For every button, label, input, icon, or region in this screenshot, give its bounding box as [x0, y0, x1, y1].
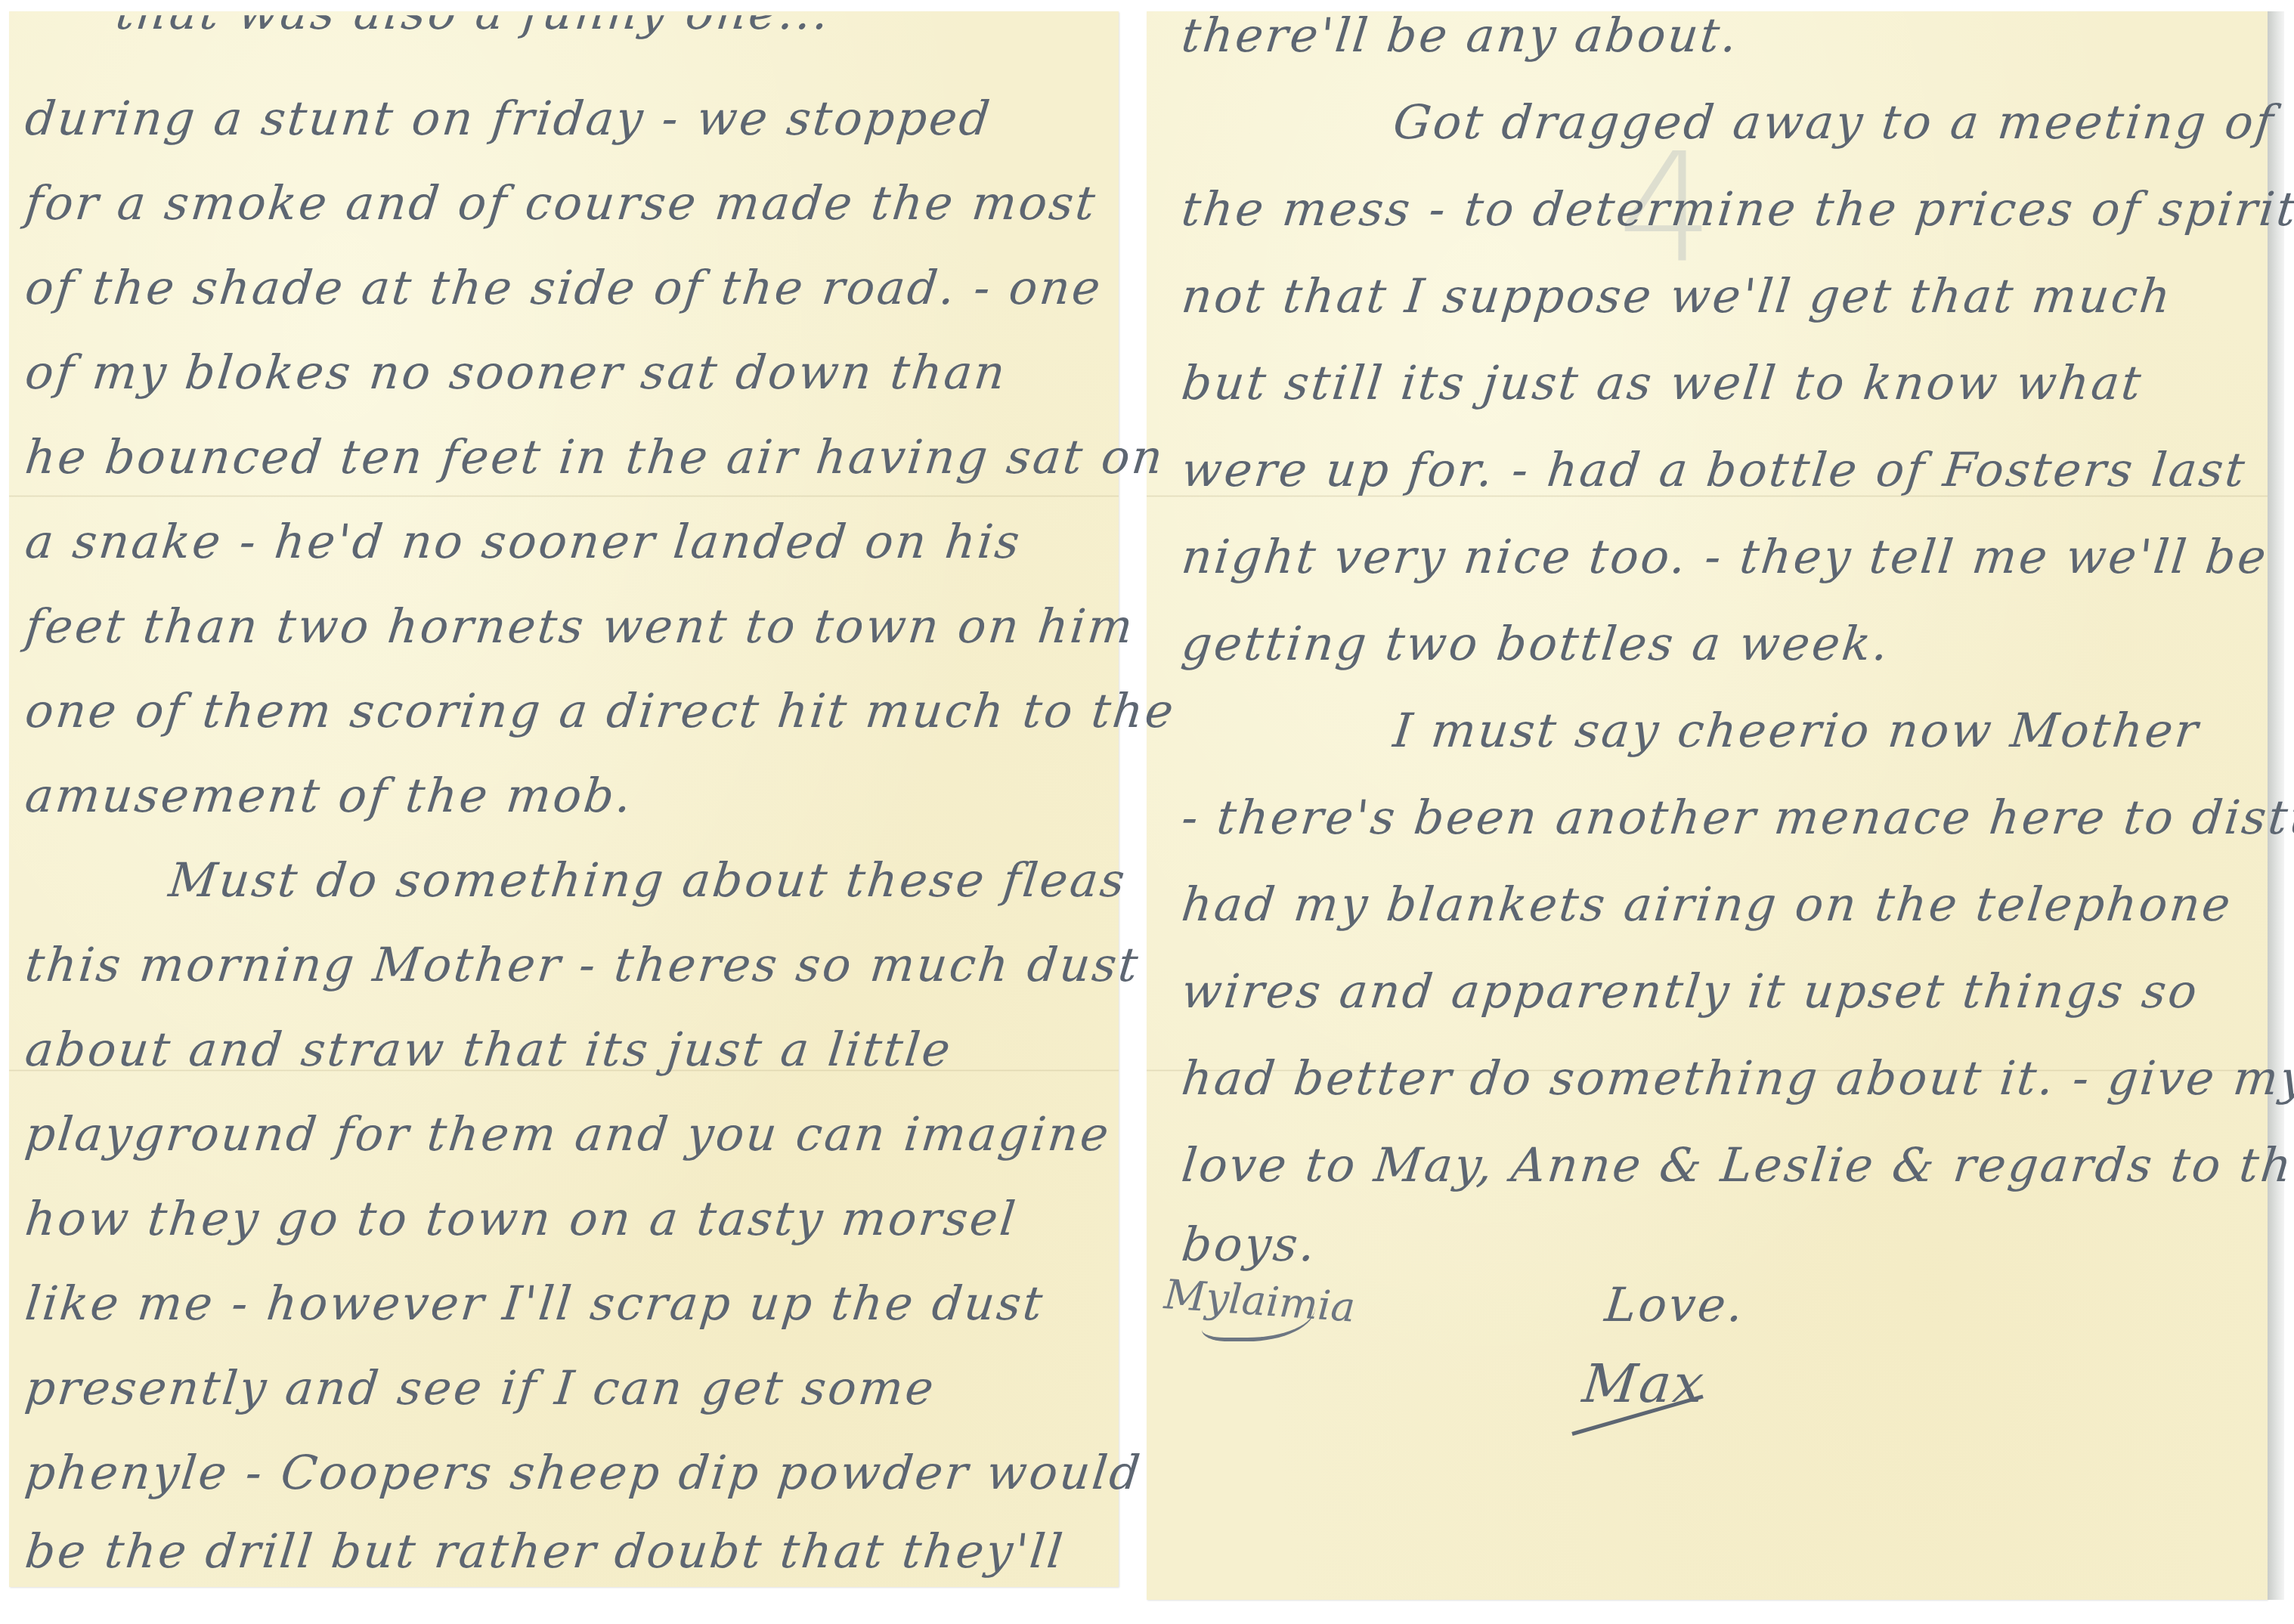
handwritten-line: like me - however I'll scrap up the dust [23, 1276, 1048, 1331]
handwritten-line: a snake - he'd no sooner landed on his [23, 514, 1024, 569]
handwritten-line: how they go to town on a tasty morsel [23, 1191, 1020, 1246]
handwritten-line: night very nice too. - they tell me we'l… [1179, 529, 2271, 584]
handwritten-line: one of them scoring a direct hit much to… [23, 683, 1178, 738]
handwritten-line: the mess - to determine the prices of sp… [1179, 181, 2294, 237]
handwritten-line: feet than two hornets went to town on hi… [23, 599, 1138, 654]
handwritten-line: not that I suppose we'll get that much [1179, 268, 2175, 323]
handwritten-line: for a smoke and of course made the most [23, 175, 1100, 230]
handwritten-line: this morning Mother - theres so much dus… [23, 937, 1143, 992]
handwritten-line: that was also a funny one... [113, 0, 834, 40]
handwritten-line: wires and apparently it upset things so [1179, 964, 2202, 1019]
handwritten-line: during a stunt on friday - we stopped [23, 91, 995, 146]
handwritten-line: presently and see if I can get some [23, 1360, 938, 1415]
handwritten-line: he bounced ten feet in the air having sa… [23, 429, 1167, 484]
handwritten-line: love to May, Anne & Leslie & regards to … [1179, 1137, 2294, 1192]
handwritten-line: - there's been another menace here to di… [1179, 790, 2294, 845]
handwritten-line: were up for. - had a bottle of Fosters l… [1179, 442, 2249, 497]
handwritten-line: be the drill but rather doubt that they'… [23, 1523, 1067, 1579]
handwritten-line: I must say cheerio now Mother [1391, 703, 2203, 758]
handwritten-line: Must do something about these fleas [166, 852, 1129, 908]
handwritten-line: of my blokes no sooner sat down than [23, 345, 1010, 400]
handwritten-line: getting two bottles a week. [1179, 616, 1893, 671]
handwritten-line: about and straw that its just a little [23, 1022, 955, 1077]
paper-fold [9, 495, 1119, 497]
handwritten-line: of the shade at the side of the road. - … [23, 260, 1105, 315]
handwritten-line: had my blankets airing on the telephone [1179, 877, 2235, 932]
handwritten-line: boys. [1179, 1217, 1320, 1272]
handwritten-line: but still its just as well to know what [1179, 355, 2146, 410]
handwritten-line: Got dragged away to a meeting of [1391, 94, 2278, 150]
closing-salutation: Love. [1602, 1277, 1748, 1332]
signature: Max [1580, 1353, 1709, 1415]
handwritten-line: phenyle - Coopers sheep dip powder would [23, 1445, 1145, 1500]
handwritten-line: had better do something about it. - give… [1179, 1050, 2294, 1106]
handwritten-line: playground for them and you can imagine [23, 1106, 1113, 1162]
handwritten-line: there'll be any about. [1179, 8, 1741, 63]
handwritten-line: amusement of the mob. [23, 768, 636, 823]
